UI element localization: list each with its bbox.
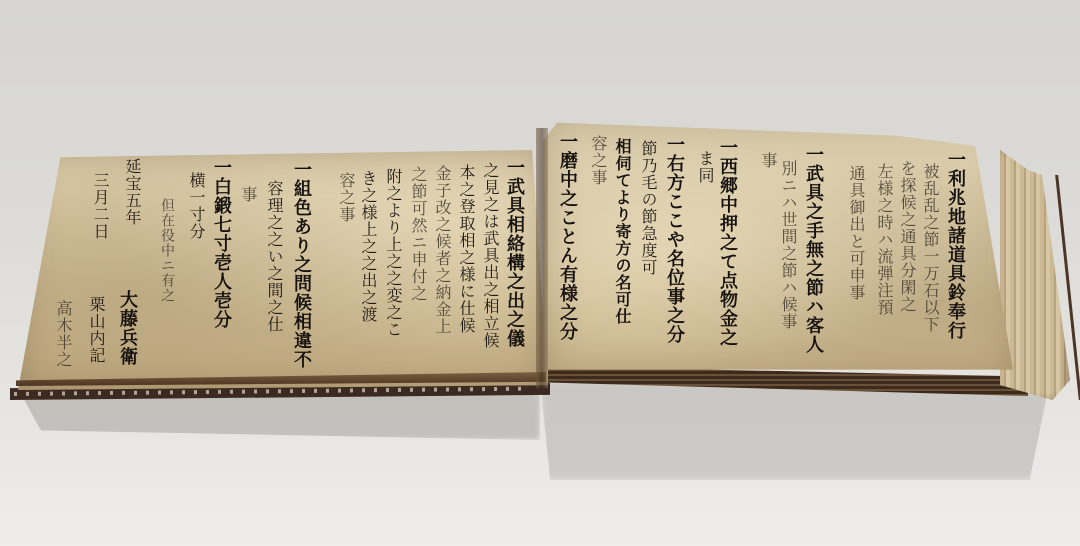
photo-scene: 一利兆地諸道具鈴奉行 被乱乱之節一万石以下 を探候之通具分閑之 左様之時ハ流弾注…: [0, 0, 1080, 546]
right-col-7: 別ニハ世間之節ハ候事: [780, 160, 796, 330]
right-col-11: 一右方ここや名位事之分: [665, 135, 683, 344]
right-col-14: 容之事: [590, 135, 606, 186]
left-col-9: 一組色あり之問候相違不: [292, 160, 310, 369]
right-col-10: ま同: [697, 150, 713, 184]
left-col-1: 一武具相絡構之出之儀: [505, 158, 523, 348]
left-col-10: 容理之之い之間之仕: [266, 180, 282, 333]
left-col-3: 本之登取相之様に仕候: [458, 164, 474, 334]
right-col-1: 一利兆地諸道具鈴奉行: [946, 150, 964, 340]
left-col-2: 之見之は武具出之相立候: [482, 162, 498, 349]
left-col-4: 金子改之候者之納金上: [434, 165, 450, 335]
left-col-6: 附之より上之之変之こ: [385, 168, 401, 338]
date-day: 三月二日: [92, 172, 108, 240]
right-col-12: 節乃毛の節急度可: [640, 140, 656, 276]
right-col-8: 事: [760, 152, 776, 169]
left-col-13: 横一寸分: [188, 172, 204, 240]
book-gutter: [536, 128, 548, 388]
signature-2: 栗山内記: [88, 296, 104, 364]
right-col-5: 通具御出と可申事: [848, 165, 864, 301]
signature-1: 大藤兵衛: [118, 290, 136, 366]
left-col-7: き之様上之之出之渡: [360, 170, 376, 323]
left-col-14: 但在役中ニ有之: [160, 198, 174, 303]
signature-3: 高木半之: [55, 300, 71, 368]
left-col-12: 一白鍛七寸壱人壱分: [212, 158, 230, 329]
right-col-3: を探候之通具分閑之: [899, 160, 915, 313]
date-era: 延宝五年: [124, 158, 140, 226]
right-col-13: 相伺てより寄方の名可仕: [614, 138, 630, 325]
book-shadow-right: [540, 380, 1050, 480]
right-col-15: 一磨中之ことん有様之分: [558, 132, 576, 341]
right-col-9: 一西郷中押之て点物金之: [718, 138, 736, 347]
right-col-4: 左様之時ハ流弾注預: [876, 163, 892, 316]
book-shadow-left: [20, 392, 540, 440]
right-col-6: 一武具之手無之節ハ客人: [804, 145, 822, 354]
right-col-2: 被乱乱之節一万石以下: [922, 163, 938, 333]
left-col-8: 容之事: [338, 172, 354, 223]
left-col-11: 事: [240, 186, 256, 203]
left-col-5: 之節可然ニ申付之: [410, 166, 426, 302]
